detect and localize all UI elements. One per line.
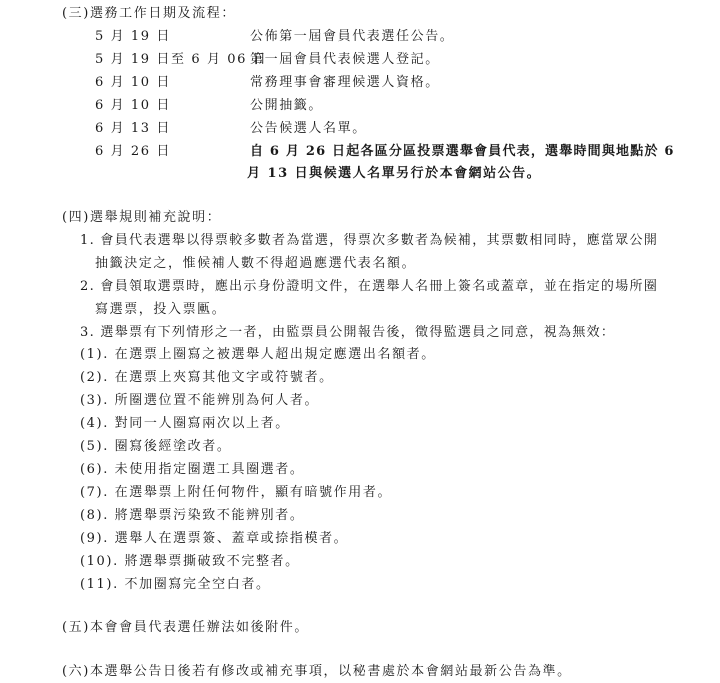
section-5-text: (五)本會會員代表選任辦法如後附件。 (62, 620, 309, 636)
schedule-event-continuation: 月 13 日與候選人名單另行於本會網站公告。 (247, 166, 541, 182)
invalid-case: (2). 在選票上夾寫其他文字或符號者。 (80, 370, 334, 386)
section-3-heading: (三)選務工作日期及流程： (62, 6, 236, 22)
invalid-case: (7). 在選舉票上附任何物件，顯有暗號作用者。 (80, 485, 392, 501)
rule-item: 3. 選舉票有下列情形之一者，由監票員公開報告後，徵得監選員之同意，視為無效： (80, 325, 615, 341)
rule-item-continuation: 寫選票，投入票匭。 (95, 302, 226, 318)
invalid-case: (1). 在選票上圈寫之被選舉人超出規定應選出名額者。 (80, 347, 436, 363)
schedule-date: 6 月 26 日 (95, 144, 171, 160)
invalid-case: (8). 將選舉票污染致不能辨別者。 (80, 508, 304, 524)
rule-item-continuation: 抽籤決定之，惟候補人數不得超過應選代表名額。 (95, 256, 416, 272)
schedule-date: 5 月 19 日至 6 月 06 日 (95, 52, 267, 68)
invalid-case: (6). 未使用指定圈選工具圈選者。 (80, 462, 304, 478)
section-4-heading: (四)選舉規則補充說明： (62, 210, 221, 226)
rule-item: 2. 會員領取選票時，應出示身份證明文件，在選舉人名冊上簽名或蓋章，並在指定的場… (80, 279, 658, 295)
schedule-date: 6 月 10 日 (95, 75, 171, 91)
schedule-event: 公佈第一屆會員代表選任公告。 (250, 29, 454, 45)
schedule-date: 6 月 10 日 (95, 98, 171, 114)
schedule-event: 第一屆會員代表候選人登記。 (250, 52, 440, 68)
schedule-event: 常務理事會審理候選人資格。 (250, 75, 440, 91)
rule-item: 1. 會員代表選舉以得票較多數者為當選，得票次多數者為候補，其票數相同時，應當眾… (80, 233, 658, 249)
invalid-case: (4). 對同一人圈寫兩次以上者。 (80, 416, 290, 432)
schedule-event: 自 6 月 26 日起各區分區投票選舉會員代表，選舉時間與地點於 6 (250, 144, 675, 160)
invalid-case: (11). 不加圈寫完全空白者。 (80, 577, 271, 593)
invalid-case: (9). 選舉人在選票簽、蓋章或捺指模者。 (80, 531, 348, 547)
invalid-case: (5). 圈寫後經塗改者。 (80, 439, 231, 455)
schedule-event: 公告候選人名單。 (250, 121, 367, 137)
invalid-case: (3). 所圈選位置不能辨別為何人者。 (80, 393, 319, 409)
section-6-text: (六)本選舉公告日後若有修改或補充事項，以秘書處於本會網站最新公告為準。 (62, 664, 572, 680)
schedule-event: 公開抽籤。 (250, 98, 323, 114)
schedule-date: 6 月 13 日 (95, 121, 171, 137)
schedule-date: 5 月 19 日 (95, 29, 171, 45)
invalid-case: (10). 將選舉票撕破致不完整者。 (80, 554, 300, 570)
